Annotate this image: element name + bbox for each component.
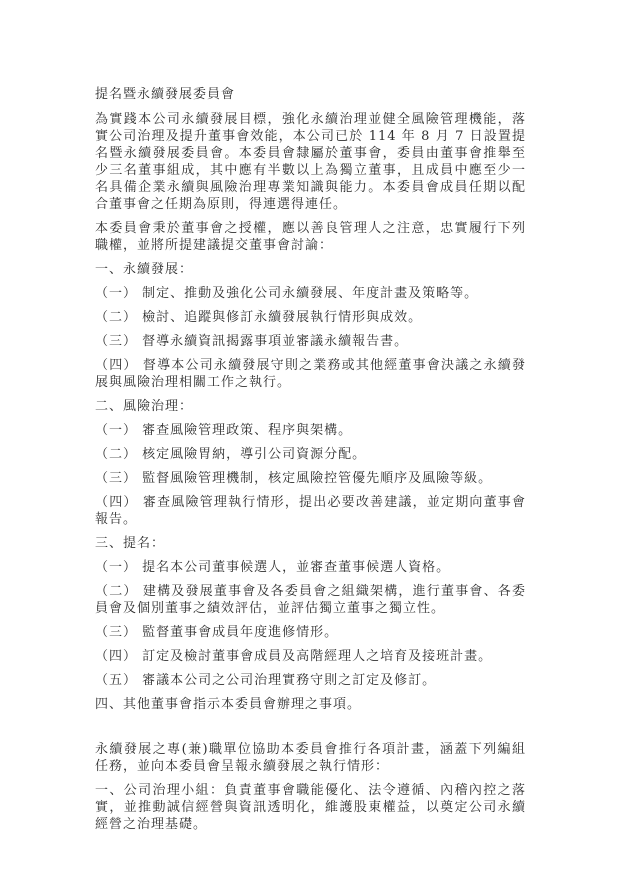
item-nomination-5: （五） 審議本公司之公司治理實務守則之訂定及修訂。 [95, 672, 526, 689]
item-sustainability-3: （三） 督導永續資訊揭露事項並審議永續報告書。 [95, 333, 526, 350]
item-nomination-4: （四） 訂定及檢討董事會成員及高階經理人之培育及接班計畫。 [95, 648, 526, 665]
item-risk-1: （一） 審查風險管理政策、程序與架構。 [95, 422, 526, 439]
document-page: 提名暨永續發展委員會 為實踐本公司永續發展目標，強化永續治理並健全風險管理機能，… [0, 0, 621, 878]
authority-paragraph: 本委員會秉於董事會之授權，應以善良管理人之注意，忠實履行下列職權，並將所提建議提… [95, 220, 526, 254]
unit-intro-paragraph: 永續發展之專(兼)職單位協助本委員會推行各項計畫，涵蓋下列編組任務，並向本委員會… [95, 741, 526, 775]
document-title: 提名暨永續發展委員會 [95, 86, 526, 103]
item-nomination-3: （三） 監督董事會成員年度進修情形。 [95, 624, 526, 641]
governance-team-paragraph: 一、公司治理小組：負責董事會職能優化、法令遵循、內稽內控之落實，並推動誠信經營與… [95, 782, 526, 833]
item-sustainability-4: （四） 督導本公司永續發展守則之業務或其他經董事會決議之永續發展與風險治理相關工… [95, 357, 526, 391]
heading-nomination: 三、提名： [95, 535, 526, 552]
item-nomination-1: （一） 提名本公司董事候選人，並審查董事候選人資格。 [95, 559, 526, 576]
heading-risk-governance: 二、風險治理： [95, 398, 526, 415]
item-risk-4: （四） 審查風險管理執行情形，提出必要改善建議，並定期向董事會報告。 [95, 494, 526, 528]
sustainability-unit-section: 永續發展之專(兼)職單位協助本委員會推行各項計畫，涵蓋下列編組任務，並向本委員會… [95, 741, 526, 833]
item-other-matters: 四、其他董事會指示本委員會辦理之事項。 [95, 696, 526, 713]
intro-paragraph: 為實踐本公司永續發展目標，強化永續治理並健全風險管理機能，落實公司治理及提升董事… [95, 111, 526, 213]
item-risk-2: （二） 核定風險胃納，導引公司資源分配。 [95, 446, 526, 463]
item-sustainability-2: （二） 檢討、追蹤與修訂永續發展執行情形與成效。 [95, 309, 526, 326]
item-nomination-2: （二） 建構及發展董事會及各委員會之組織架構，進行董事會、各委員會及個別董事之績… [95, 583, 526, 617]
item-sustainability-1: （一） 制定、推動及強化公司永續發展、年度計畫及策略等。 [95, 285, 526, 302]
heading-sustainable-development: 一、永續發展： [95, 261, 526, 278]
item-risk-3: （三） 監督風險管理機制，核定風險控管優先順序及風險等級。 [95, 470, 526, 487]
